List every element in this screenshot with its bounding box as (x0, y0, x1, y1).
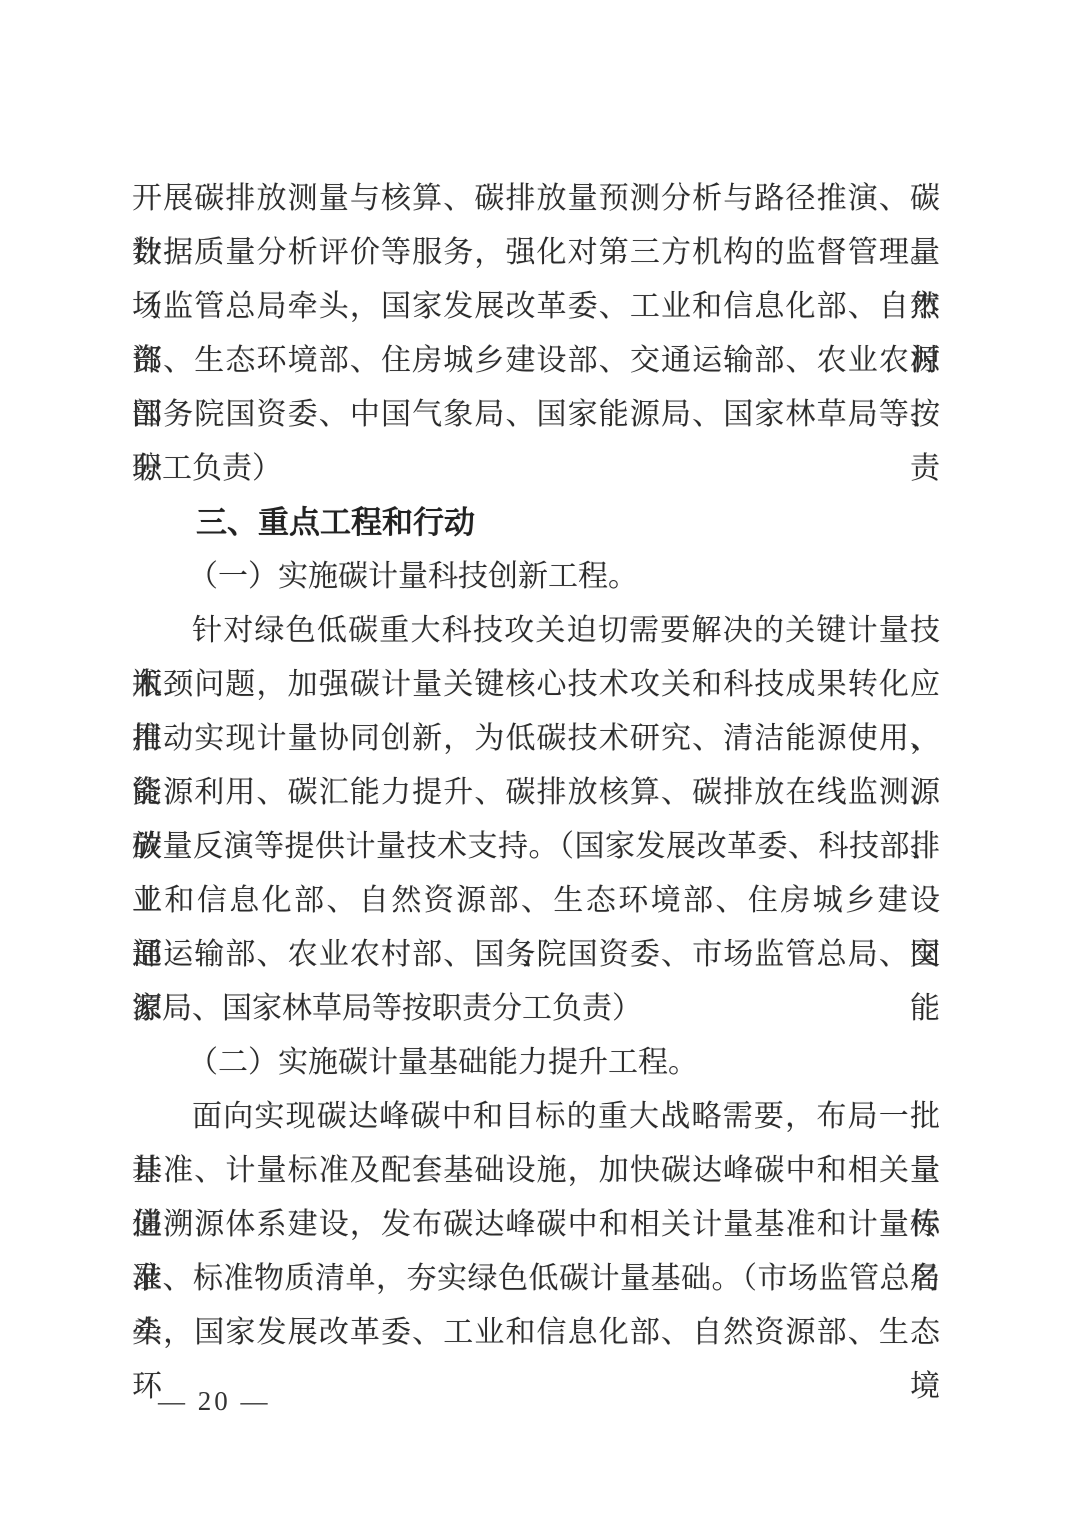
subsection-heading-2: （二）实施碳计量基础能力提升工程。 (132, 1036, 940, 1090)
page-footer: — 20 — (158, 1381, 271, 1421)
body-line: 通运输部、农业农村部、国务院国资委、市场监管总局、国家能 (132, 928, 940, 982)
body-line: 开展碳排放测量与核算、碳排放量预测分析与路径推演、碳计量 (132, 172, 940, 226)
body-line: 国务院国资委、中国气象局、国家能源局、国家林草局等按职责 (132, 388, 940, 442)
body-line: 场监管总局牵头，国家发展改革委、工业和信息化部、自然资源 (132, 280, 940, 334)
subsection-heading-1: （一）实施碳计量科技创新工程。 (132, 550, 940, 604)
body-line: 录、标准物质清单，夯实绿色低碳计量基础。（市场监管总局牵 (132, 1252, 940, 1306)
body-line: 基准、计量标准及配套基础设施，加快碳达峰碳中和相关量值传 (132, 1144, 940, 1198)
body-line-indented: 面向实现碳达峰碳中和目标的重大战略需要，布局一批计量 (132, 1090, 940, 1144)
page-number: — 20 — (158, 1386, 271, 1416)
document-body: 开展碳排放测量与核算、碳排放量预测分析与路径推演、碳计量 数据质量分析评价等服务… (132, 172, 940, 1360)
section-heading: 三、重点工程和行动 (132, 496, 940, 550)
body-line: 业和信息化部、自然资源部、生态环境部、住房城乡建设部、交 (132, 874, 940, 928)
body-line: 递溯源体系建设，发布碳达峰碳中和相关计量基准和计量标准名 (132, 1198, 940, 1252)
body-line: 数据质量分析评价等服务，强化对第三方机构的监督管理。（市 (132, 226, 940, 280)
body-line: 推动实现计量协同创新，为低碳技术研究、清洁能源使用、能源 (132, 712, 940, 766)
body-line: 放量反演等提供计量技术支持。（国家发展改革委、科技部、工 (132, 820, 940, 874)
body-line: 瓶颈问题，加强碳计量关键核心技术攻关和科技成果转化应用， (132, 658, 940, 712)
body-line: 头，国家发展改革委、工业和信息化部、自然资源部、生态环境 (132, 1306, 940, 1360)
body-line: 部、生态环境部、住房城乡建设部、交通运输部、农业农村部、 (132, 334, 940, 388)
document-page: 开展碳排放测量与核算、碳排放量预测分析与路径推演、碳计量 数据质量分析评价等服务… (0, 0, 1080, 1527)
body-line: 资源利用、碳汇能力提升、碳排放核算、碳排放在线监测、碳排 (132, 766, 940, 820)
body-line-indented: 针对绿色低碳重大科技攻关迫切需要解决的关键计量技术 (132, 604, 940, 658)
